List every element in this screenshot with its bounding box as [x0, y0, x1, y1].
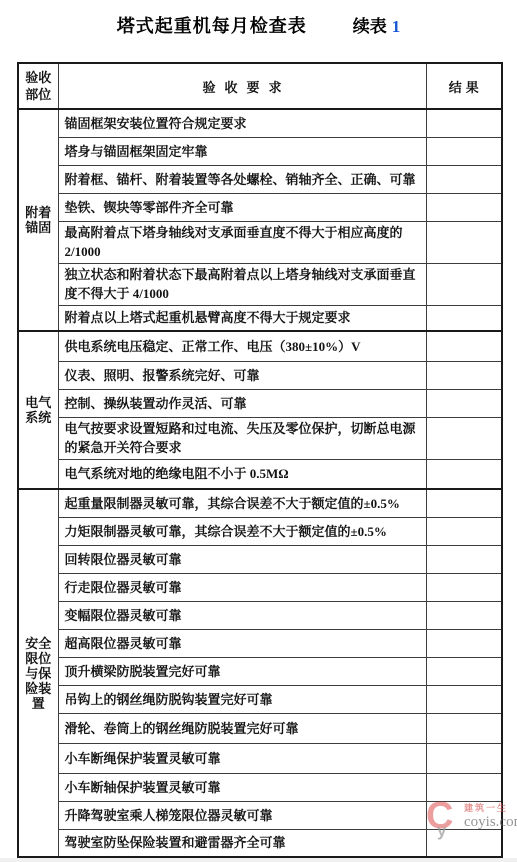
result-cell [426, 193, 502, 221]
watermark-text: 建筑一生 coyis.com [464, 801, 517, 831]
requirement-cell: 小车断绳保护装置灵敏可靠 [58, 743, 426, 773]
section-label-electrical-system: 电气 系统 [18, 331, 58, 489]
result-cell [426, 713, 502, 743]
requirement-cell: 控制、操纵装置动作灵活、可靠 [58, 389, 426, 417]
table-row: 附着框、锚杆、附着装置等各处螺栓、销轴齐全、正确、可靠 [18, 165, 502, 193]
watermark-brand: 建筑一生 [464, 801, 517, 814]
table-row: 滑轮、卷筒上的钢丝绳防脱装置完好可靠 [18, 713, 502, 743]
table-header-row: 验收 部位 验收要求 结果 [18, 63, 502, 109]
result-cell [426, 389, 502, 417]
requirement-cell: 行走限位器灵敏可靠 [58, 573, 426, 601]
column-header-requirement: 验收要求 [58, 63, 426, 109]
column-header-result: 结果 [426, 63, 502, 109]
watermark-logo-icon: C y [426, 797, 462, 843]
table-row: 回转限位器灵敏可靠 [18, 545, 502, 573]
table-row: 塔身与锚固框架固定牢靠 [18, 137, 502, 165]
table-row: 独立状态和附着状态下最高附着点以上塔身轴线对支承面垂直度不得大于 4/1000 [18, 263, 502, 305]
page-bottom-edge [0, 858, 517, 862]
result-cell [426, 743, 502, 773]
requirement-cell: 超高限位器灵敏可靠 [58, 629, 426, 657]
continuation-number: 1 [392, 17, 401, 36]
table-row: 控制、操纵装置动作灵活、可靠 [18, 389, 502, 417]
table-body: 附着 锚固锚固框架安装位置符合规定要求塔身与锚固框架固定牢靠附着框、锚杆、附着装… [18, 109, 502, 857]
table-row: 行走限位器灵敏可靠 [18, 573, 502, 601]
watermark: C y 建筑一生 coyis.com [426, 797, 517, 843]
requirement-cell: 独立状态和附着状态下最高附着点以上塔身轴线对支承面垂直度不得大于 4/1000 [58, 263, 426, 305]
table-row: 仪表、照明、报警系统完好、可靠 [18, 361, 502, 389]
table-row: 小车断绳保护装置灵敏可靠 [18, 743, 502, 773]
table-row: 电气系统对地的绝缘电阻不小于 0.5MΩ [18, 459, 502, 489]
requirement-cell: 回转限位器灵敏可靠 [58, 545, 426, 573]
requirement-cell: 吊钩上的钢丝绳防脱钩装置完好可靠 [58, 685, 426, 713]
table-row: 超高限位器灵敏可靠 [18, 629, 502, 657]
section-label-safety-limit-devices: 安全 限位 与保 险装 置 [18, 489, 58, 857]
requirement-cell: 顶升横梁防脱装置完好可靠 [58, 657, 426, 685]
result-cell [426, 545, 502, 573]
table-row: 最高附着点下塔身轴线对支承面垂直度不得大于相应高度的2/1000 [18, 221, 502, 263]
requirement-cell: 供电系统电压稳定、正常工作、电压（380±10%）V [58, 331, 426, 361]
page-header: 塔式起重机每月检查表 续表1 [0, 12, 517, 38]
requirement-cell: 小车断轴保护装置灵敏可靠 [58, 773, 426, 801]
watermark-logo-y: y [437, 821, 446, 841]
table-row: 安全 限位 与保 险装 置起重量限制器灵敏可靠，其综合误差不大于额定值的±0.5… [18, 489, 502, 517]
requirement-cell: 最高附着点下塔身轴线对支承面垂直度不得大于相应高度的2/1000 [58, 221, 426, 263]
requirement-cell: 电气按要求设置短路和过电流、失压及零位保护，切断总电源的紧急开关符合要求 [58, 417, 426, 459]
continuation-text: 续表 [353, 17, 387, 36]
result-cell [426, 573, 502, 601]
result-cell [426, 221, 502, 263]
result-cell [426, 305, 502, 331]
watermark-domain: coyis.com [464, 814, 517, 831]
requirement-cell: 仪表、照明、报警系统完好、可靠 [58, 361, 426, 389]
requirement-cell: 变幅限位器灵敏可靠 [58, 601, 426, 629]
requirement-cell: 电气系统对地的绝缘电阻不小于 0.5MΩ [58, 459, 426, 489]
table-row: 垫铁、锲块等零部件齐全可靠 [18, 193, 502, 221]
result-cell [426, 517, 502, 545]
section-label-attachment-anchoring: 附着 锚固 [18, 109, 58, 331]
column-header-part: 验收 部位 [18, 63, 58, 109]
requirement-cell: 起重量限制器灵敏可靠，其综合误差不大于额定值的±0.5% [58, 489, 426, 517]
page-title: 塔式起重机每月检查表 [117, 12, 307, 38]
result-cell [426, 263, 502, 305]
result-cell [426, 109, 502, 137]
requirement-cell: 力矩限制器灵敏可靠，其综合误差不大于额定值的±0.5% [58, 517, 426, 545]
requirement-cell: 滑轮、卷筒上的钢丝绳防脱装置完好可靠 [58, 713, 426, 743]
table-row: 力矩限制器灵敏可靠，其综合误差不大于额定值的±0.5% [18, 517, 502, 545]
table-row: 电气按要求设置短路和过电流、失压及零位保护，切断总电源的紧急开关符合要求 [18, 417, 502, 459]
table-row: 附着 锚固锚固框架安装位置符合规定要求 [18, 109, 502, 137]
result-cell [426, 165, 502, 193]
continuation-label: 续表1 [353, 12, 401, 37]
requirement-cell: 升降驾驶室乘人梯笼限位器灵敏可靠 [58, 801, 426, 829]
result-cell [426, 601, 502, 629]
table-row: 吊钩上的钢丝绳防脱钩装置完好可靠 [18, 685, 502, 713]
result-cell [426, 361, 502, 389]
requirement-cell: 驾驶室防坠保险装置和避雷器齐全可靠 [58, 829, 426, 857]
inspection-table: 验收 部位 验收要求 结果 附着 锚固锚固框架安装位置符合规定要求塔身与锚固框架… [17, 62, 503, 858]
result-cell [426, 685, 502, 713]
result-cell [426, 629, 502, 657]
table-row: 附着点以上塔式起重机悬臂高度不得大于规定要求 [18, 305, 502, 331]
requirement-cell: 附着框、锚杆、附着装置等各处螺栓、销轴齐全、正确、可靠 [58, 165, 426, 193]
requirement-cell: 塔身与锚固框架固定牢靠 [58, 137, 426, 165]
result-cell [426, 331, 502, 361]
table-row: 变幅限位器灵敏可靠 [18, 601, 502, 629]
requirement-cell: 垫铁、锲块等零部件齐全可靠 [58, 193, 426, 221]
table-row: 电气 系统供电系统电压稳定、正常工作、电压（380±10%）V [18, 331, 502, 361]
result-cell [426, 489, 502, 517]
result-cell [426, 459, 502, 489]
result-cell [426, 137, 502, 165]
requirement-cell: 附着点以上塔式起重机悬臂高度不得大于规定要求 [58, 305, 426, 331]
result-cell [426, 417, 502, 459]
requirement-cell: 锚固框架安装位置符合规定要求 [58, 109, 426, 137]
table-row: 顶升横梁防脱装置完好可靠 [18, 657, 502, 685]
result-cell [426, 657, 502, 685]
